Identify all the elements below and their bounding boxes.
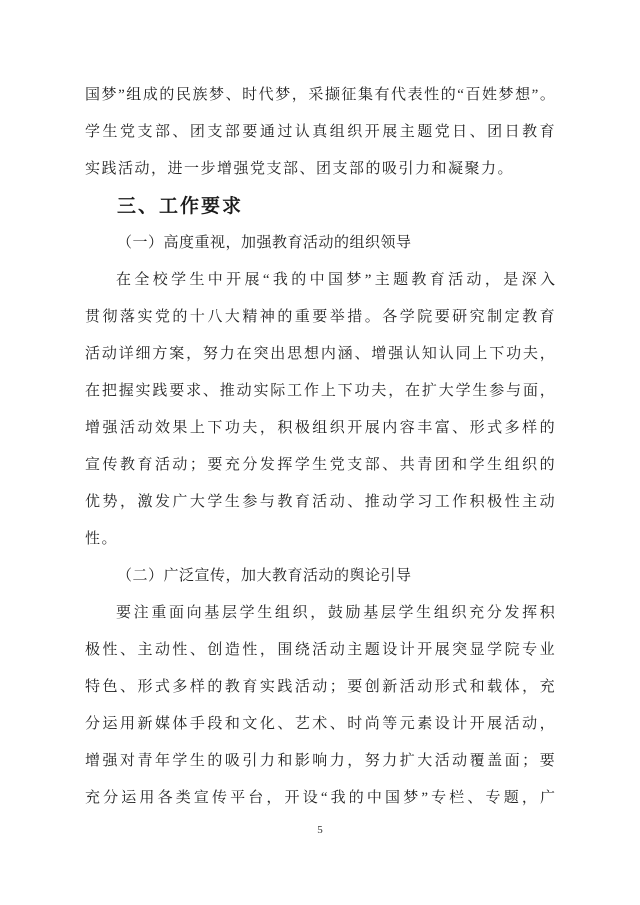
section-heading: 三、工作要求 [117, 188, 555, 225]
page-number: 5 [0, 822, 640, 838]
text-line: 在全校学生中开展“我的中国梦”主题教育活动，是深入 [116, 262, 555, 299]
text-line: 分运用新媒体手段和文化、艺术、时尚等元素设计开展活动， [85, 706, 555, 743]
text-line: 特色、形式多样的教育实践活动；要创新活动形式和载体，充 [85, 669, 555, 706]
text-line: 实践活动，进一步增强党支部、团支部的吸引力和凝聚力。 [85, 151, 555, 188]
text-line: 学生党支部、团支部要通过认真组织开展主题党日、团日教育 [85, 114, 555, 151]
text-line: 国梦”组成的民族梦、时代梦，采撷征集有代表性的“百姓梦想”。 [85, 77, 555, 114]
document-page: 国梦”组成的民族梦、时代梦，采撷征集有代表性的“百姓梦想”。 学生党支部、团支部… [0, 0, 640, 905]
text-line: 贯彻落实党的十八大精神的重要举措。各学院要研究制定教育 [85, 299, 555, 336]
text-line: 宣传教育活动；要充分发挥学生党支部、共青团和学生组织的 [85, 447, 555, 484]
text-line: 增强对青年学生的吸引力和影响力，努力扩大活动覆盖面；要 [85, 743, 555, 780]
text-line: 极性、主动性、创造性，围绕活动主题设计开展突显学院专业 [85, 632, 555, 669]
text-line: 增强活动效果上下功夫，积极组织开展内容丰富、形式多样的 [85, 410, 555, 447]
subsection-heading: （二）广泛宣传，加大教育活动的舆论引导 [117, 558, 555, 595]
text-line: 充分运用各类宣传平台，开设“我的中国梦”专栏、专题，广 [85, 780, 555, 817]
text-line: 优势，激发广大学生参与教育活动、推动学习工作积极性主动 [85, 484, 555, 521]
subsection-heading: （一）高度重视，加强教育活动的组织领导 [117, 225, 555, 262]
text-line: 性。 [85, 521, 555, 558]
text-line: 要注重面向基层学生组织，鼓励基层学生组织充分发挥积 [116, 595, 555, 632]
text-line: 在把握实践要求、推动实际工作上下功夫，在扩大学生参与面， [85, 373, 555, 410]
document-body: 国梦”组成的民族梦、时代梦，采撷征集有代表性的“百姓梦想”。 学生党支部、团支部… [85, 77, 555, 817]
text-line: 活动详细方案，努力在突出思想内涵、增强认知认同上下功夫， [85, 336, 555, 373]
